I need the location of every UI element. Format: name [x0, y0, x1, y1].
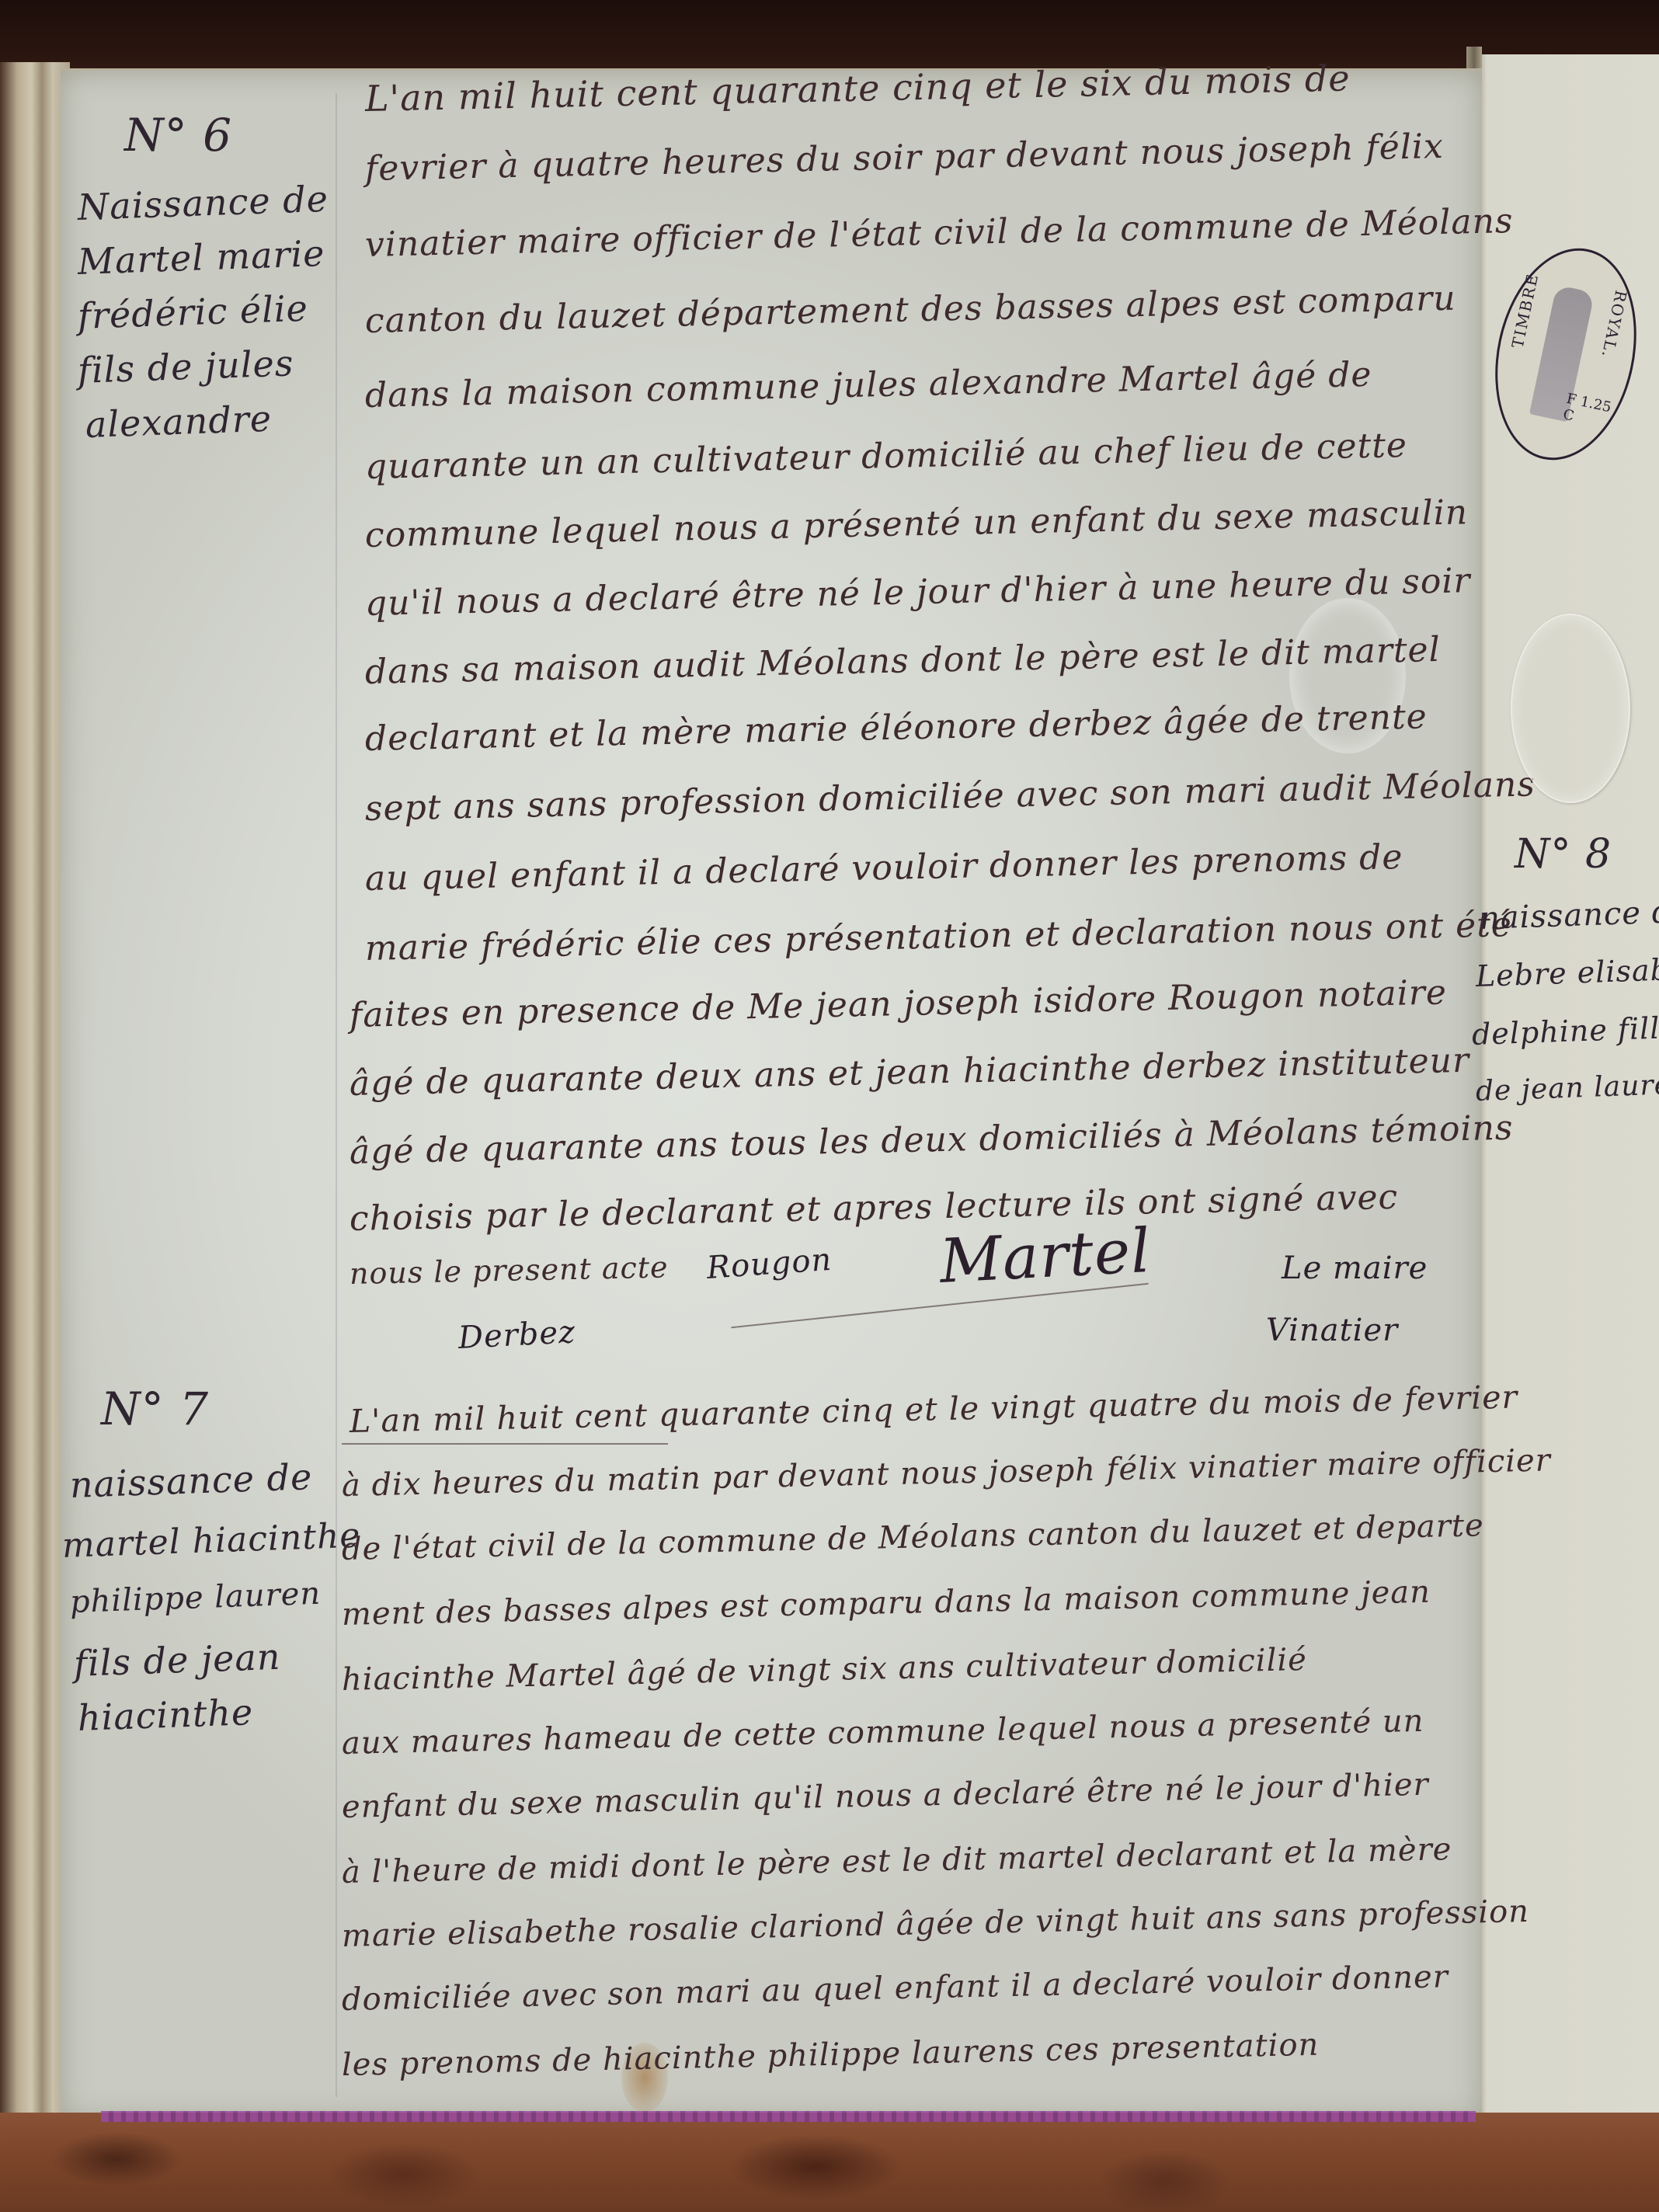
signature-title-le-maire: Le maire	[1282, 1250, 1428, 1286]
margin-line: fils de jules	[77, 342, 294, 391]
margin-line: hiacinthe	[77, 1691, 254, 1739]
signature-vinatier: Vinatier	[1266, 1313, 1398, 1348]
entry-number: N° 7	[101, 1382, 209, 1435]
stamp-value: F 1.25 C	[1562, 391, 1623, 434]
entry-separator	[342, 1443, 668, 1445]
margin-line: naissance de	[69, 1456, 313, 1506]
body-line: nous le present acte	[350, 1250, 669, 1291]
margin-rule	[336, 93, 337, 2097]
embossed-seal	[1511, 614, 1630, 803]
signature-derbez: Derbez	[457, 1314, 576, 1356]
book-page-edges	[0, 62, 70, 2120]
margin-line: de jean lauren	[1475, 1068, 1659, 1108]
entry-number: N° 8	[1515, 831, 1612, 878]
marbled-book-cover	[0, 2113, 1659, 2212]
margin-line: alexandre	[85, 398, 273, 446]
margin-line: frédéric élie	[77, 287, 309, 337]
cover-edge-trim	[101, 2111, 1476, 2122]
signature-martel: Martel	[938, 1216, 1153, 1297]
stamp-text-right: ROYAL.	[1598, 289, 1630, 360]
margin-line: fils de jean	[73, 1636, 281, 1685]
margin-line: Naissance de	[77, 178, 329, 228]
margin-line: delphine fille	[1471, 1010, 1659, 1052]
entry-number: N° 6	[124, 109, 232, 162]
margin-line: naissance de	[1479, 893, 1659, 937]
margin-line: Martel marie	[77, 232, 325, 283]
